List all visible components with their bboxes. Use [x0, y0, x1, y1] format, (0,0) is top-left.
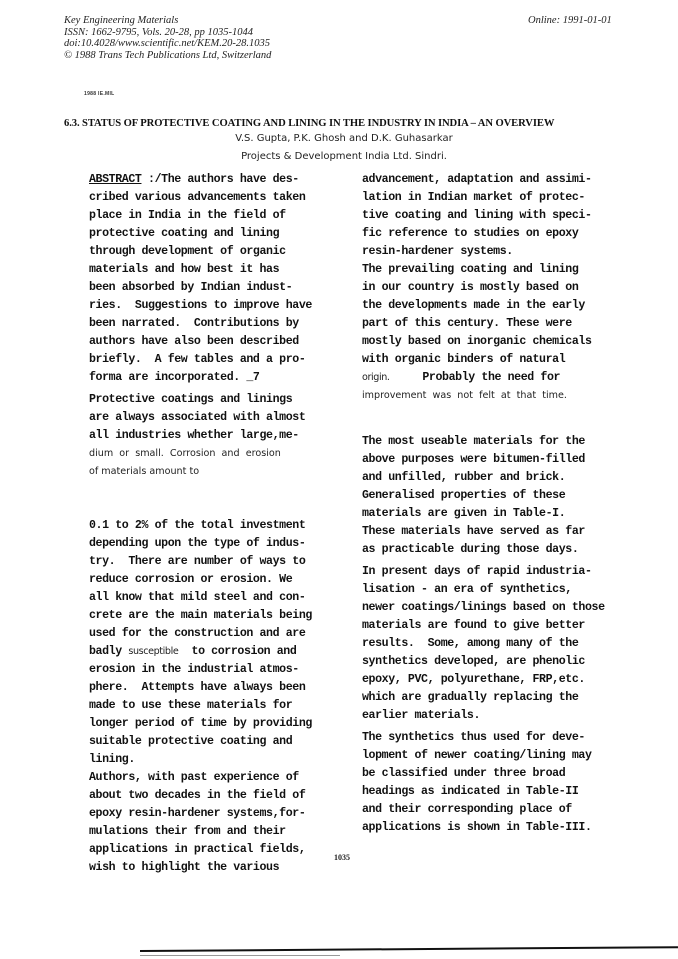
text-line: advancement, adaptation and assimi- [362, 171, 627, 189]
text-line: been narrated. Contributions by [89, 315, 354, 333]
text-line: materials are given in Table-I. [362, 505, 627, 523]
text-line: lopment of newer coating/lining may [362, 747, 627, 765]
mixed-line: origin. Probably the need for [362, 369, 627, 387]
text-line: lation in Indian market of protec- [362, 189, 627, 207]
text-line: applications in practical fields, [89, 841, 354, 859]
paper-affiliation: Projects & Development India Ltd. Sindri… [0, 151, 678, 162]
text-line: depending upon the type of indus- [89, 535, 354, 553]
mixed-line: badly susceptible to corrosion and [89, 643, 354, 661]
text-line: lining. [89, 751, 354, 769]
paragraph-classification: The synthetics thus used for deve-lopmen… [362, 729, 627, 837]
text-line: ries. Suggestions to improve have [89, 297, 354, 315]
text-line: protective coating and lining [89, 225, 354, 243]
paragraph-materials: The most useable materials for theabove … [362, 433, 627, 559]
text-line: results. Some, among many of the [362, 635, 627, 653]
text-line: and unfilled, rubber and brick. [362, 469, 627, 487]
paper-title: 6.3. STATUS OF PROTECTIVE COATING AND LI… [64, 118, 624, 129]
text-line: reduce corrosion or erosion. We [89, 571, 354, 589]
text-line: the developments made in the early [362, 297, 627, 315]
text-line: Protective coatings and linings [89, 391, 354, 409]
abstract-body: cribed various advancements takenplace i… [89, 189, 354, 387]
text-line: epoxy resin-hardener systems,for- [89, 805, 354, 823]
paragraph-advancement: advancement, adaptation and assimi-latio… [362, 171, 627, 261]
text-line: cribed various advancements taken [89, 189, 354, 207]
text-line: These materials have served as far [362, 523, 627, 541]
journal-copyright: © 1988 Trans Tech Publications Ltd, Swit… [64, 50, 271, 62]
text-line: are always associated with almost [89, 409, 354, 427]
text-line: all know that mild steel and con- [89, 589, 354, 607]
text-line: longer period of time by providing [89, 715, 354, 733]
text-line: 0.1 to 2% of the total investment [89, 517, 354, 535]
text-line: materials and how best it has [89, 261, 354, 279]
text-line: part of this century. These were [362, 315, 627, 333]
paragraph-protective-sans: dium or small. Corrosion and erosionof m… [89, 445, 354, 481]
text-line: dium or small. Corrosion and erosion [89, 445, 354, 463]
text-line: briefly. A few tables and a pro- [89, 351, 354, 369]
text-line: Authors, with past experience of [89, 769, 354, 787]
text-line: forma are incorporated. _7 [89, 369, 354, 387]
text-line: headings as indicated in Table-II [362, 783, 627, 801]
text-line: The synthetics thus used for deve- [362, 729, 627, 747]
right-column: advancement, adaptation and assimi-latio… [362, 171, 627, 837]
text-line: epoxy, PVC, polyurethane, FRP,etc. [362, 671, 627, 689]
text-line: and their corresponding place of [362, 801, 627, 819]
text-line: authors have also been described [89, 333, 354, 351]
left-column: ABSTRACT :/The authors have des- cribed … [89, 171, 354, 877]
text-line: as practicable during those days. [362, 541, 627, 559]
text-line: materials are found to give better [362, 617, 627, 635]
online-date: Online: 1991-01-01 [528, 15, 612, 27]
text-line: try. There are number of ways to [89, 553, 354, 571]
abstract-first-line: ABSTRACT :/The authors have des- [89, 171, 354, 189]
journal-issn: ISSN: 1662-9795, Vols. 20-28, pp 1035-10… [64, 27, 271, 39]
mixed-line-sans: origin. [362, 372, 390, 383]
text-line: been absorbed by Indian indust- [89, 279, 354, 297]
mixed-line-end: to corrosion and [178, 645, 296, 658]
text-line: in our country is mostly based on [362, 279, 627, 297]
text-line: Generalised properties of these [362, 487, 627, 505]
mixed-line-start: badly [89, 645, 128, 658]
text-line: applications is shown in Table-III. [362, 819, 627, 837]
abstract-label: ABSTRACT [89, 173, 141, 186]
text-line: tive coating and lining with speci- [362, 207, 627, 225]
text-line: suitable protective coating and [89, 733, 354, 751]
text-line: of materials amount to [89, 463, 354, 481]
text-line: synthetics developed, are phenolic [362, 653, 627, 671]
paragraph-investment-tail: erosion in the industrial atmos-phere. A… [89, 661, 354, 769]
scan-marker: 1988 IE.MIL [84, 91, 115, 97]
mixed-line-sans: susceptible [128, 646, 178, 657]
text-line: erosion in the industrial atmos- [89, 661, 354, 679]
text-line: mulations their from and their [89, 823, 354, 841]
text-line: with organic binders of natural [362, 351, 627, 369]
journal-name: Key Engineering Materials [64, 15, 271, 27]
text-line: earlier materials. [362, 707, 627, 725]
spacer [362, 405, 627, 433]
bottom-rule-thin [140, 955, 340, 956]
text-line: crete are the main materials being [89, 607, 354, 625]
text-line: be classified under three broad [362, 765, 627, 783]
spacer [89, 481, 354, 517]
paragraph-prevailing: The prevailing coating and liningin our … [362, 261, 627, 369]
text-line: newer coatings/linings based on those [362, 599, 627, 617]
sans-line: improvement was not felt at that time. [362, 387, 627, 405]
text-line: all industries whether large,me- [89, 427, 354, 445]
text-line: through development of organic [89, 243, 354, 261]
text-line: The prevailing coating and lining [362, 261, 627, 279]
paragraph-investment: 0.1 to 2% of the total investmentdependi… [89, 517, 354, 643]
mixed-line-end: Probably the need for [390, 371, 561, 384]
text-line: made to use these materials for [89, 697, 354, 715]
text-line: used for the construction and are [89, 625, 354, 643]
journal-header: Key Engineering Materials ISSN: 1662-979… [64, 15, 271, 61]
text-line: place in India in the field of [89, 207, 354, 225]
text-line: The most useable materials for the [362, 433, 627, 451]
bottom-rule [140, 946, 678, 952]
paragraph-authors: Authors, with past experience ofabout tw… [89, 769, 354, 877]
journal-doi: doi:10.4028/www.scientific.net/KEM.20-28… [64, 38, 271, 50]
text-line: wish to highlight the various [89, 859, 354, 877]
text-line: phere. Attempts have always been [89, 679, 354, 697]
text-line: In present days of rapid industria- [362, 563, 627, 581]
text-line: which are gradually replacing the [362, 689, 627, 707]
abstract-first-text: :/The authors have des- [141, 173, 298, 186]
paragraph-synthetics: In present days of rapid industria-lisat… [362, 563, 627, 725]
text-line: lisation - an era of synthetics, [362, 581, 627, 599]
text-line: above purposes were bitumen-filled [362, 451, 627, 469]
text-line: resin-hardener systems. [362, 243, 627, 261]
paragraph-protective: Protective coatings and liningsare alway… [89, 391, 354, 445]
text-line: fic reference to studies on epoxy [362, 225, 627, 243]
paper-authors: V.S. Gupta, P.K. Ghosh and D.K. Guhasark… [0, 133, 678, 144]
text-line: about two decades in the field of [89, 787, 354, 805]
text-line: mostly based on inorganic chemicals [362, 333, 627, 351]
page-number: 1035 [334, 853, 350, 862]
